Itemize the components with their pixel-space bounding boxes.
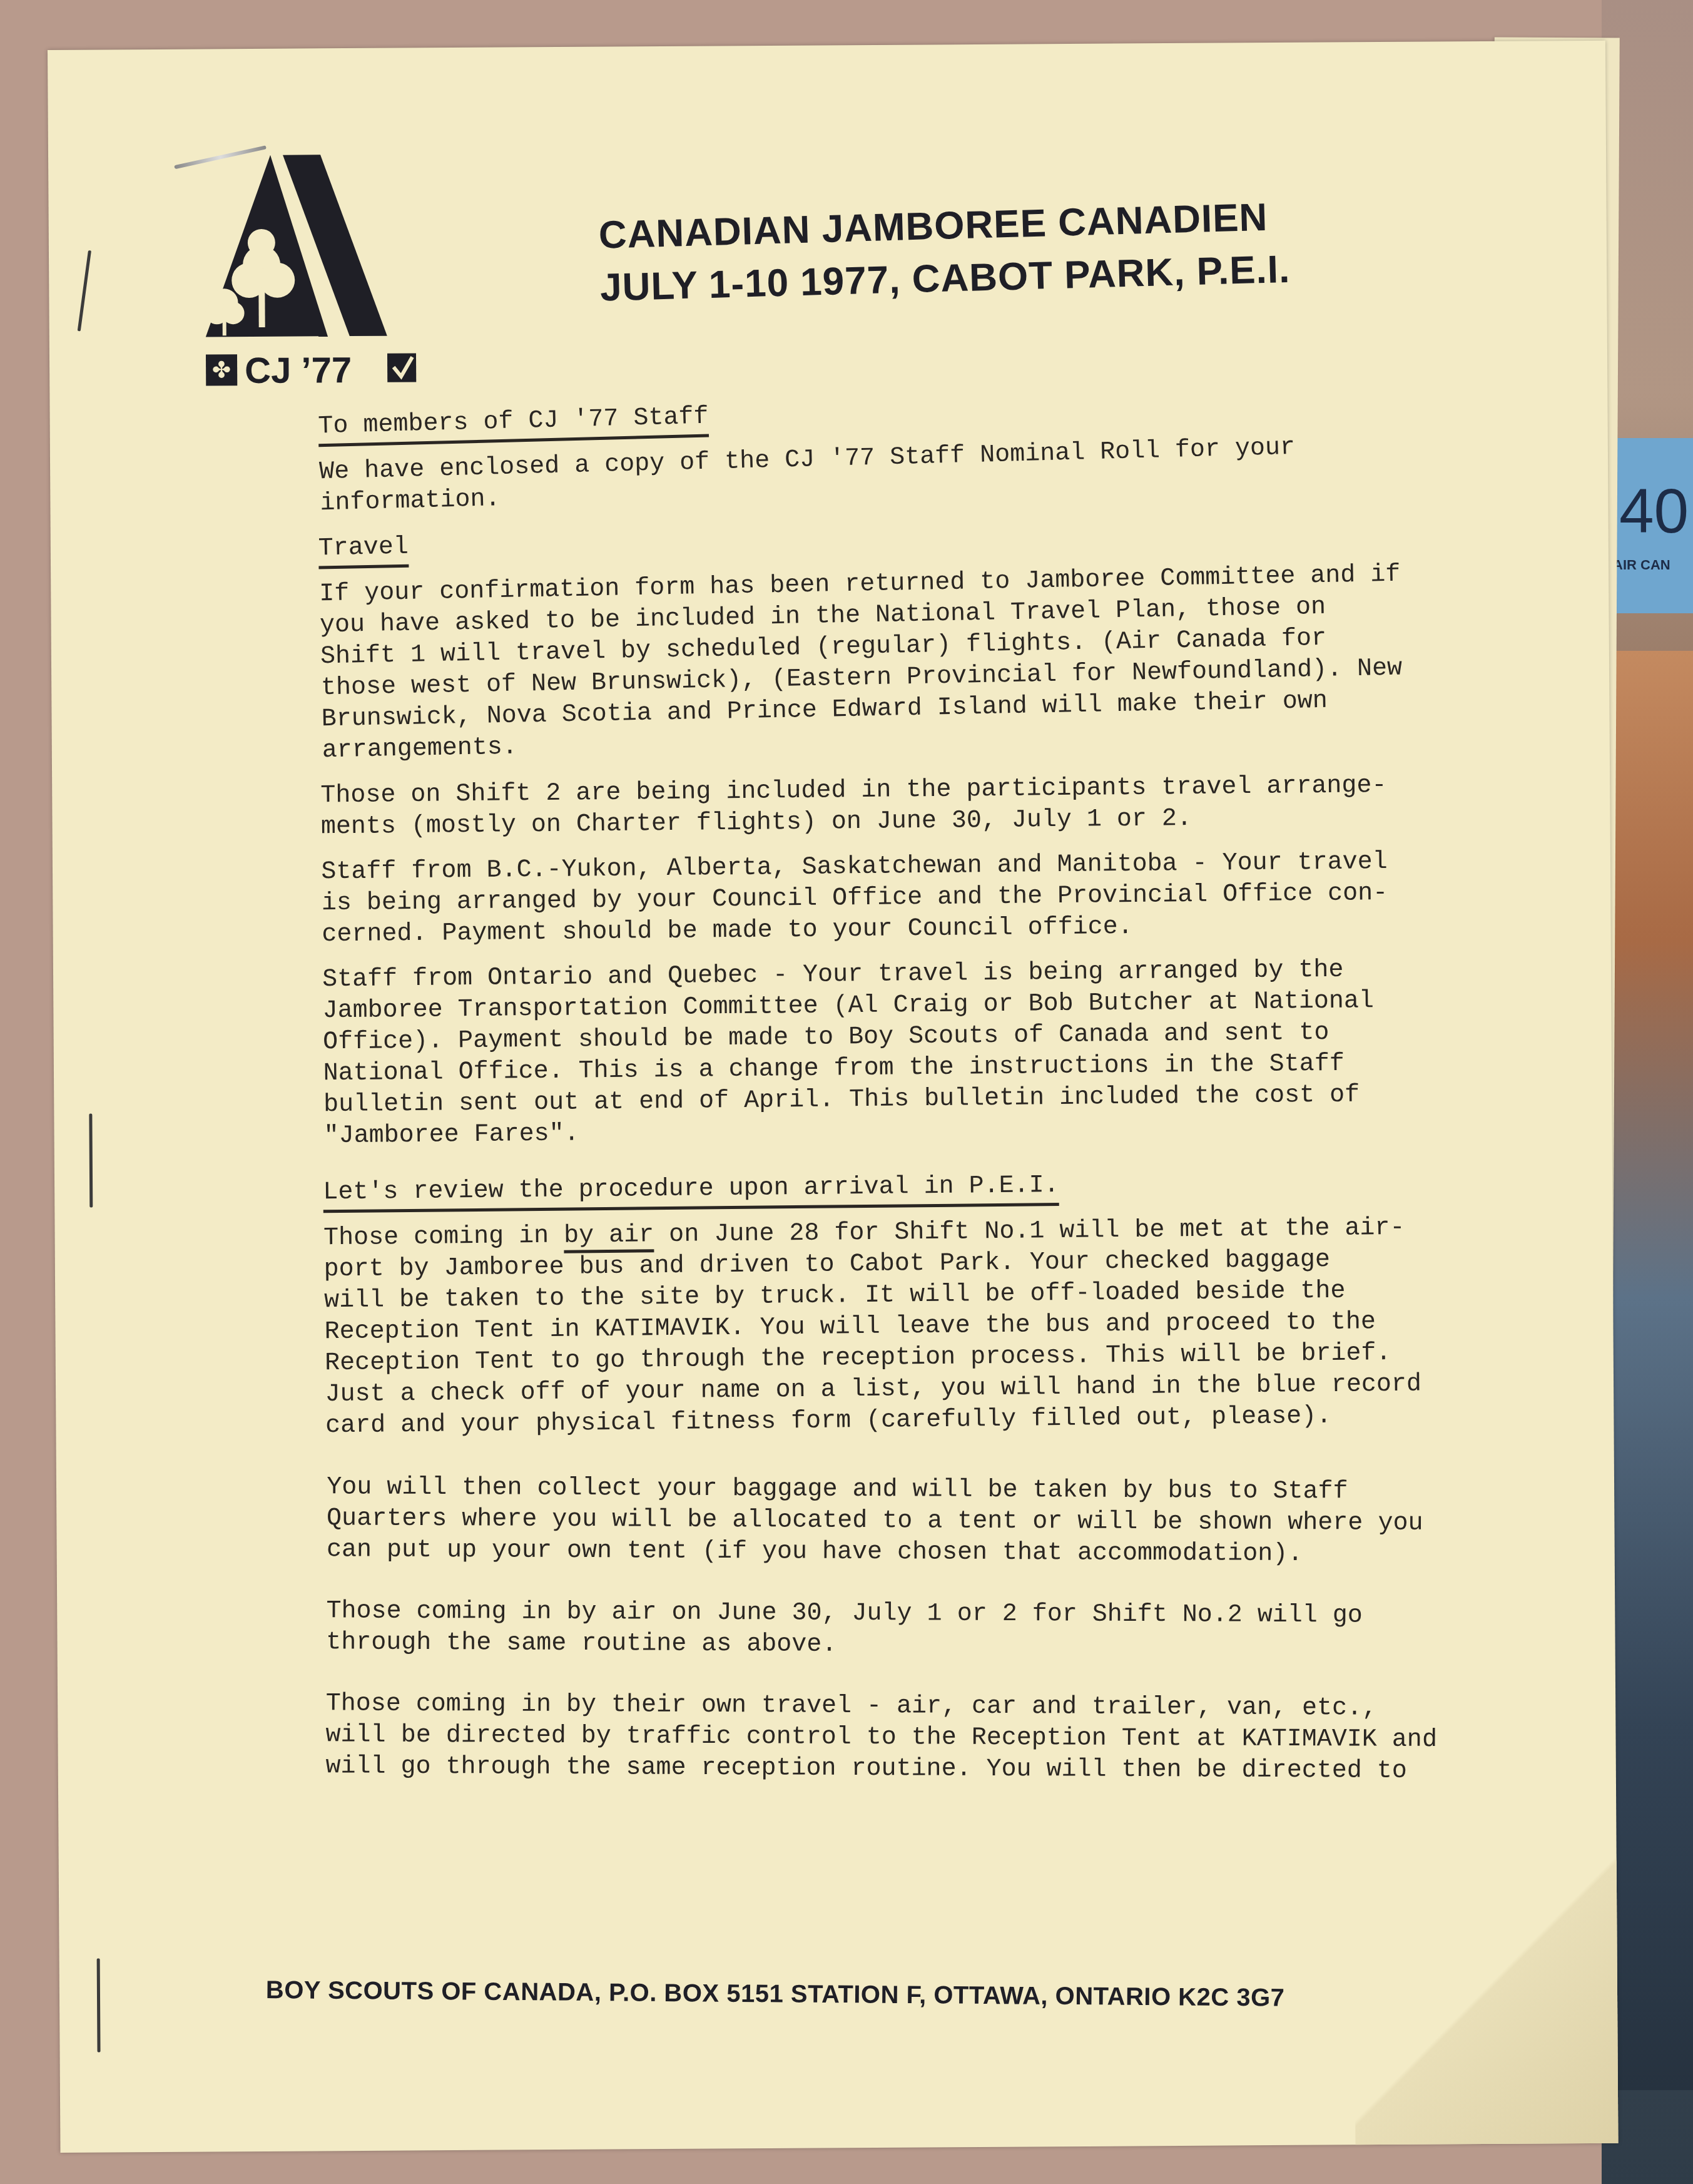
cj77-logo: ✤ CJ ’77 [167,129,438,394]
letter-body: To members of CJ '77 Staff We have enclo… [319,404,1553,1796]
arrival-text: Those coming in [323,1222,564,1253]
air-canada-booklet: 40 AIR CAN [1607,438,1693,613]
airline-badge-number: 40 [1619,476,1689,548]
punch-mark [78,250,91,332]
salutation-heading: To members of CJ '77 Staff [318,402,709,447]
travel-paragraph: Staff from Ontario and Quebec - Your tra… [322,953,1550,1153]
travel-paragraph: Staff from B.C.-Yukon, Alberta, Saskatch… [321,845,1548,951]
background-photo [1607,651,1693,2090]
travel-paragraph: Those on Shift 2 are being included in t… [320,769,1547,844]
arrival-heading: Let's review the procedure upon arrival … [323,1170,1059,1213]
arrival-paragraph: Those coming in by air on June 30, July … [326,1596,1552,1664]
arrival-paragraph: You will then collect your baggage and w… [327,1472,1553,1571]
travel-heading: Travel [318,532,409,569]
letter-page: ✤ CJ ’77 CANADIAN JAMBOREE CANADIEN JULY… [48,41,1618,2153]
arrival-paragraph: Those coming in by their own travel - ai… [325,1688,1552,1788]
arrival-paragraph: Those coming in by air on June 28 for Sh… [323,1212,1552,1442]
footer-address: BOY SCOUTS OF CANADA, P.O. BOX 5151 STAT… [266,1976,1285,2013]
punch-mark [97,1959,101,2053]
svg-text:✤: ✤ [212,357,231,383]
logo-text: CJ ’77 [245,350,352,391]
airline-badge-text: AIR CAN [1613,557,1670,573]
by-air-underlined: by air [564,1221,654,1253]
maple-tree-icon [205,155,387,337]
travel-paragraph: If your confirmation form has been retur… [319,556,1548,767]
punch-mark [89,1114,93,1208]
letterhead-title: CANADIAN JAMBOREE CANADIEN JULY 1-10 197… [598,191,1291,315]
